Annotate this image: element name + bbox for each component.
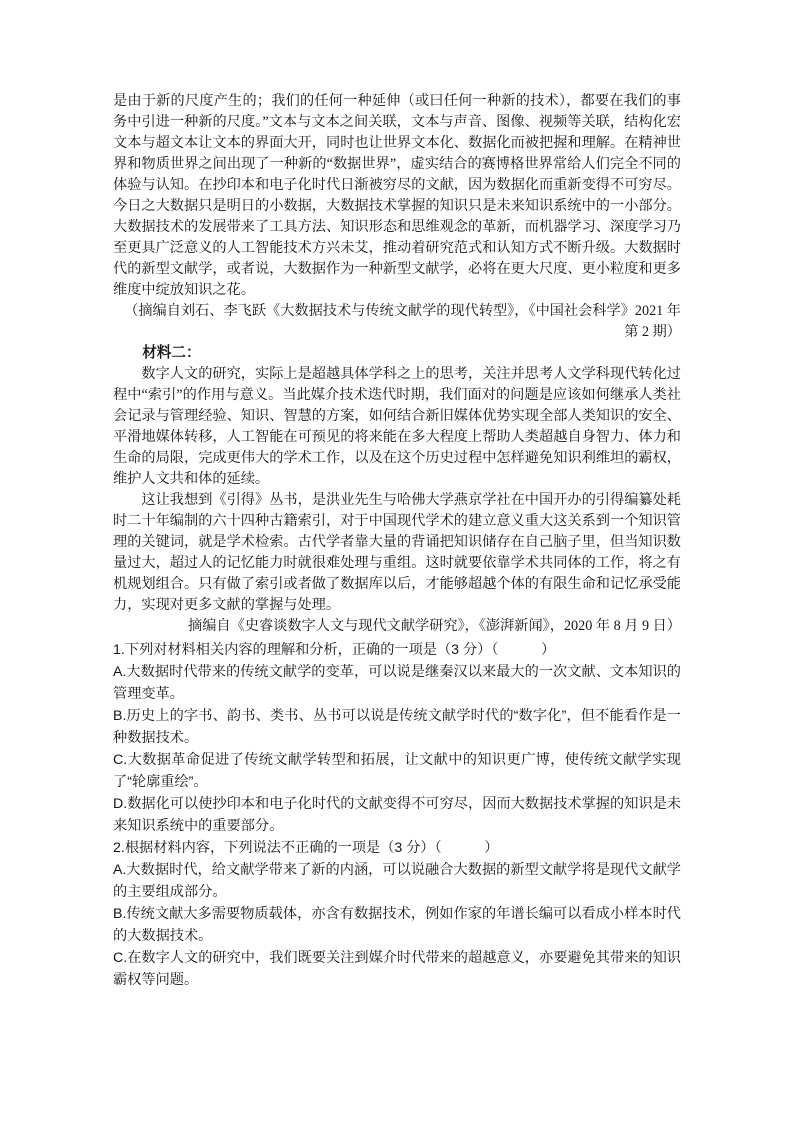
question-1-option-d: D.数据化可以使抄印本和电子化时代的文献变得不可穷尽，因而大数据技术掌握的知识是… [113, 793, 681, 837]
question-1-option-b: B.历史上的字书、韵书、类书、丛书可以说是传统文献学时代的“数字化”，但不能看作… [113, 705, 681, 749]
material-two-paragraph-2: 这让我想到《引得》丛书，是洪业先生与哈佛大学燕京学社在中国开办的引得编纂处耗时二… [113, 490, 681, 616]
material-one-citation-line2: 第 2 期） [113, 322, 681, 343]
material-two-paragraph-1: 数字人文的研究，实际上是超越具体学科之上的思考，关注并思考人文学科现代转化过程中… [113, 364, 681, 490]
page-content: 是由于新的尺度产生的；我们的任何一种延伸（或曰任何一种新的技术），都要在我们的事… [113, 91, 681, 991]
question-2-option-a: A.大数据时代，给文献学带来了新的内涵，可以说融合大数据的新型文献学将是现代文献… [113, 859, 681, 903]
question-2-stem: 2.根据材料内容，下列说法不正确的一项是（3 分）（ ） [113, 837, 681, 859]
material-one-citation-line1: （摘编自刘石、李飞跃《大数据技术与传统文献学的现代转型》，《中国社会科学》202… [113, 301, 681, 322]
material-two-heading: 材料二： [113, 343, 681, 364]
question-2-option-b: B.传统文献大多需要物质载体，亦含有数据技术，例如作家的年谱长编可以看成小样本时… [113, 903, 681, 947]
question-section: 1.下列对材料相关内容的理解和分析，正确的一项是（3 分）（ ） A.大数据时代… [113, 639, 681, 991]
question-2-option-c: C.在数字人文的研究中，我们既要关注到媒介时代带来的超越意义，亦要避免其带来的知… [113, 947, 681, 991]
document-page: 是由于新的尺度产生的；我们的任何一种延伸（或曰任何一种新的技术），都要在我们的事… [0, 0, 794, 1123]
material-two-citation: 摘编自《史睿谈数字人文与现代文献学研究》，《澎湃新闻》，2020 年 8 月 9… [113, 616, 681, 637]
question-1-option-c: C.大数据革命促进了传统文献学转型和拓展，让文献中的知识更广博，使传统文献学实现… [113, 749, 681, 793]
material-one-paragraph: 是由于新的尺度产生的；我们的任何一种延伸（或曰任何一种新的技术），都要在我们的事… [113, 91, 681, 301]
question-1-option-a: A.大数据时代带来的传统文献学的变革，可以说是继秦汉以来最大的一次文献、文本知识… [113, 661, 681, 705]
question-1-stem: 1.下列对材料相关内容的理解和分析，正确的一项是（3 分）（ ） [113, 639, 681, 661]
